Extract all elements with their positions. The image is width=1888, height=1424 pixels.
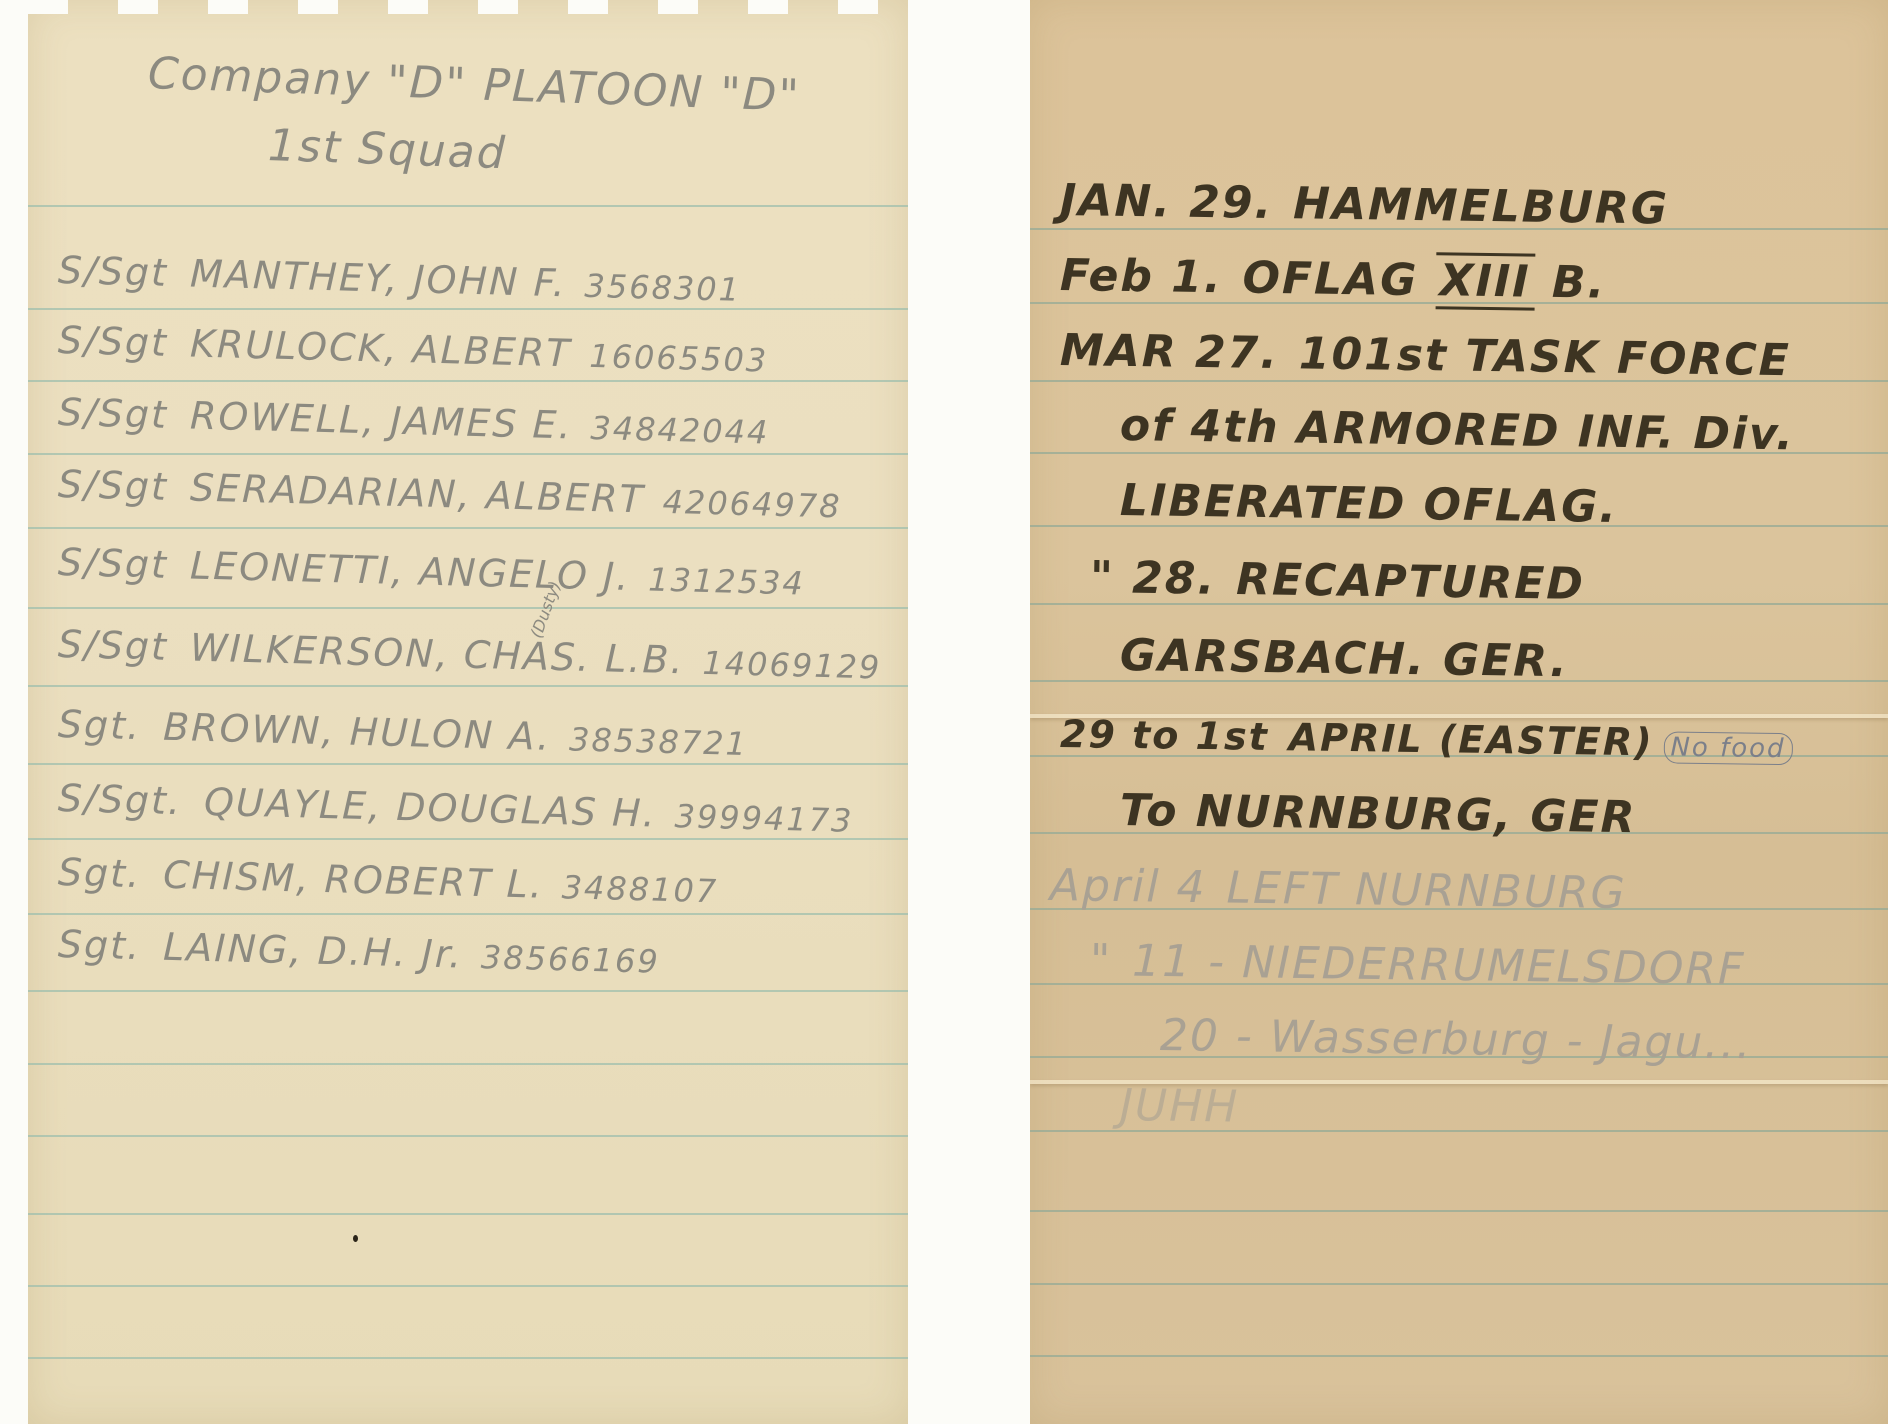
roster-serial: 39994173 bbox=[674, 797, 854, 840]
diary-date: Feb 1. bbox=[1060, 250, 1223, 303]
roster-heading-squad: 1st Squad bbox=[267, 120, 507, 179]
diary-entry: 20 - Wasserburg - Jagu... bbox=[1160, 1010, 1753, 1069]
roster-rank: Sgt. bbox=[57, 922, 141, 968]
diary-entry: "11 - NIEDERRUMELSDORF bbox=[1090, 935, 1746, 995]
diary-entry: of 4th ARMORED INF. Div. bbox=[1120, 400, 1796, 460]
diary-entry: JUHH bbox=[1120, 1080, 1240, 1133]
roster-name: BROWN, HULON A. bbox=[163, 705, 552, 759]
diary-text: OFLAG bbox=[1242, 253, 1418, 306]
roster-serial: 38566169 bbox=[480, 938, 660, 981]
diary-text: HAMMELBURG bbox=[1293, 178, 1669, 234]
roster-row: S/SgtWILKERSON, CHAS. L.B.14069129 bbox=[57, 622, 882, 688]
roster-row: Sgt.CHISM, ROBERT L.3488107 bbox=[57, 850, 718, 911]
diary-text: LIBERATED OFLAG. bbox=[1120, 475, 1619, 533]
diary-text: RECAPTURED bbox=[1236, 554, 1585, 610]
roster-row: S/SgtLEONETTI, ANGELO J.1312534 bbox=[57, 540, 805, 604]
diary-text: 11 - NIEDERRUMELSDORF bbox=[1132, 936, 1746, 996]
roster-serial: 42064978 bbox=[662, 483, 842, 526]
roster-row: S/SgtKRULOCK, ALBERT16065503 bbox=[57, 318, 768, 381]
roster-rank: S/Sgt bbox=[57, 248, 168, 295]
roster-rank: S/Sgt. bbox=[57, 776, 182, 823]
roster-page: Company "D" PLATOON "D" 1st Squad S/SgtM… bbox=[28, 0, 908, 1424]
roster-rank: S/Sgt bbox=[57, 390, 168, 437]
diary-text: GARSBACH. GER. bbox=[1120, 630, 1569, 687]
roster-name: WILKERSON, CHAS. L.B. bbox=[189, 625, 685, 682]
roster-serial: 34842044 bbox=[590, 409, 770, 452]
diary-entry: MAR 27.101st TASK FORCE bbox=[1060, 325, 1791, 386]
roster-serial: 38538721 bbox=[569, 720, 749, 763]
diary-entry: " 28.RECAPTURED bbox=[1090, 552, 1586, 610]
diary-text: LEFT NURNBURG bbox=[1226, 862, 1627, 919]
diary-text: To NURNBURG, GER bbox=[1120, 785, 1637, 843]
no-food-note: No food bbox=[1663, 731, 1793, 765]
diary-date: " 28. bbox=[1090, 552, 1217, 605]
roster-row: Sgt.LAING, D.H. Jr.38566169 bbox=[57, 922, 660, 982]
roster-name: ROWELL, JAMES E. bbox=[189, 393, 573, 447]
diary-date: JAN. 29. bbox=[1060, 175, 1274, 229]
roster-rank: S/Sgt bbox=[57, 540, 168, 587]
roster-serial: 3488107 bbox=[561, 868, 718, 910]
camp-numeral: XIII bbox=[1435, 252, 1535, 310]
roster-row: Sgt.BROWN, HULON A.38538721 bbox=[57, 702, 748, 764]
diary-entry: To NURNBURG, GER bbox=[1120, 785, 1637, 843]
roster-name: CHISM, ROBERT L. bbox=[163, 853, 545, 907]
roster-rank: Sgt. bbox=[57, 850, 141, 896]
diary-date: April 4 bbox=[1050, 860, 1207, 913]
roster-rank: S/Sgt bbox=[57, 622, 168, 669]
roster-serial: 3568301 bbox=[584, 267, 741, 309]
roster-serial: 14069129 bbox=[702, 644, 882, 687]
diary-entry: JAN. 29.HAMMELBURG bbox=[1060, 175, 1670, 234]
roster-name: QUAYLE, DOUGLAS H. bbox=[204, 780, 658, 836]
roster-row: S/SgtMANTHEY, JOHN F.3568301 bbox=[57, 248, 741, 310]
diary-text: JUHH bbox=[1120, 1080, 1240, 1133]
diary-entry: LIBERATED OFLAG. bbox=[1120, 475, 1619, 533]
diary-entry: 29 to 1stAPRIL (EASTER)No food bbox=[1060, 712, 1793, 766]
roster-name: MANTHEY, JOHN F. bbox=[189, 251, 567, 305]
roster-heading-company: Company "D" PLATOON "D" bbox=[147, 48, 801, 122]
diary-entry: GARSBACH. GER. bbox=[1120, 630, 1569, 687]
torn-edge bbox=[28, 0, 908, 14]
diary-text: of 4th ARMORED INF. Div. bbox=[1120, 400, 1796, 460]
diary-page: JAN. 29.HAMMELBURG Feb 1.OFLAG XIII B. M… bbox=[1030, 0, 1888, 1424]
diary-date: MAR 27. bbox=[1060, 325, 1280, 379]
ink-spot bbox=[353, 1235, 358, 1242]
roster-name: KRULOCK, ALBERT bbox=[189, 321, 572, 375]
diary-text: 20 - Wasserburg - Jagu... bbox=[1160, 1010, 1753, 1069]
diary-entry: April 4LEFT NURNBURG bbox=[1050, 860, 1627, 919]
roster-row: S/SgtROWELL, JAMES E.34842044 bbox=[57, 390, 770, 453]
roster-row: S/SgtSERADARIAN, ALBERT42064978 bbox=[57, 462, 842, 527]
diary-date: " bbox=[1090, 935, 1113, 986]
roster-row: S/Sgt.QUAYLE, DOUGLAS H.39994173 bbox=[57, 776, 854, 841]
roster-name: LEONETTI, ANGELO J. bbox=[189, 543, 630, 599]
diary-date: 29 to 1st bbox=[1060, 712, 1269, 759]
diary-text: APRIL (EASTER) bbox=[1289, 715, 1654, 764]
roster-serial: 16065503 bbox=[589, 337, 769, 380]
roster-rank: Sgt. bbox=[57, 702, 141, 748]
diary-text-suffix: B. bbox=[1552, 257, 1607, 309]
roster-serial: 1312534 bbox=[648, 560, 805, 602]
roster-rank: S/Sgt bbox=[57, 318, 168, 365]
diary-entry: Feb 1.OFLAG XIII B. bbox=[1060, 250, 1607, 309]
roster-name: SERADARIAN, ALBERT bbox=[189, 465, 645, 521]
roster-name: LAING, D.H. Jr. bbox=[163, 925, 464, 977]
diary-text: 101st TASK FORCE bbox=[1299, 328, 1792, 386]
roster-rank: S/Sgt bbox=[57, 462, 168, 509]
